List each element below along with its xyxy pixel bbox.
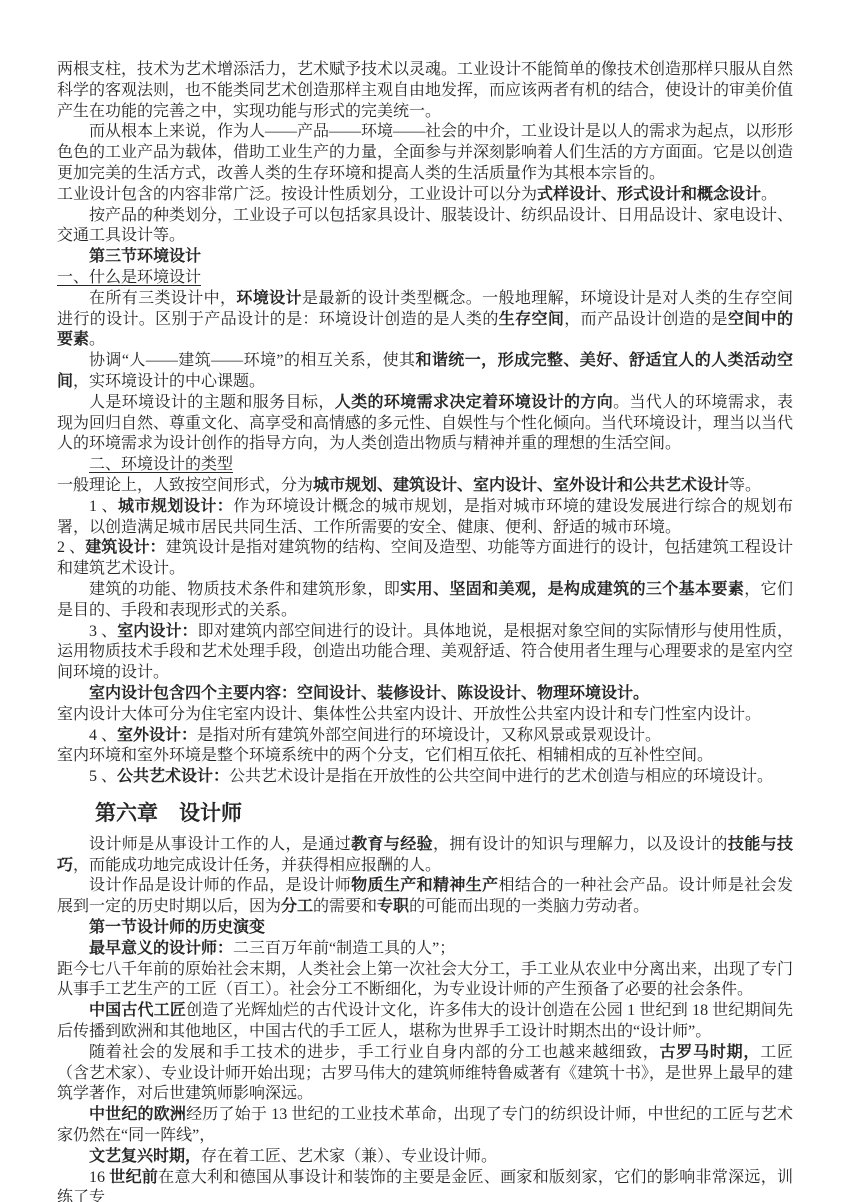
text-run: ，而产品设计创造的是 (564, 311, 728, 328)
text-run: ，而能成功地完成设计任务，并获得相应报酬的人。 (73, 857, 441, 874)
text-run: 协调“人——建筑——环境”的相互关系，使其 (89, 352, 415, 369)
text-run: 城市规划设计： (118, 498, 233, 515)
text-run: 专职 (377, 898, 409, 915)
section-heading: 第三节环境设计 (57, 247, 793, 268)
text-run: 第一节设计师的历史演变 (89, 919, 265, 936)
text-run: 随着社会的发展和手工技术的进步，手工行业自身内部的分工也越来越细致， (89, 1044, 660, 1061)
paragraph: 协调“人——建筑——环境”的相互关系，使其和谐统一，形成完整、美好、舒适宜人的人… (57, 351, 793, 393)
text-run: 的需要和 (313, 898, 377, 915)
text-run: 物质生产和精神生产 (351, 877, 498, 894)
text-run: 16 (89, 1169, 109, 1186)
text-run: 等。 (729, 477, 761, 494)
underlined-subheading: 一、什么是环境设计 (57, 268, 793, 289)
text-run: 公共艺术设计是指在开放性的公共空间中进行的艺术创造与相应的环境设计。 (229, 768, 773, 785)
text-run: 设计师是从事设计工作的人，是通过 (89, 836, 351, 853)
section-heading: 第一节设计师的历史演变 (57, 918, 793, 939)
paragraph: 而从根本上来说，作为人——产品——环境——社会的中介，工业设计是以人的需求为起点… (57, 122, 793, 184)
text-run: 中国古代工匠 (89, 1002, 186, 1019)
underlined-subheading: 二、环境设计的类型 (57, 455, 793, 476)
text-run: 公共艺术设计： (117, 768, 229, 785)
text-run: 式样设计、形式设计和概念设计 (537, 186, 761, 203)
text-run: 两根支柱，技术为艺术增添活力，艺术赋予技术以灵魂。工业设计不能简单的像技术创造那… (57, 61, 793, 120)
text-run: 文艺复兴时期， (89, 1148, 201, 1165)
text-run: ，拥有设计的知识与理解力，以及设计的 (433, 836, 728, 853)
text-run: 教育与经验 (351, 836, 433, 853)
paragraph: 人是环境设计的主题和服务目标，人类的环境需求决定着环境设计的方向。当代人的环境需… (57, 393, 793, 455)
paragraph: 随着社会的发展和手工技术的进步，手工行业自身内部的分工也越来越细致，古罗马时期，… (57, 1043, 793, 1105)
paragraph: 1 、城市规划设计：作为环境设计概念的城市规划，是指对城市环境的建设发展进行综合… (57, 497, 793, 539)
paragraph: 中世纪的欧洲经历了始于 13 世纪的工业技术革命，出现了专门的纺织设计师，中世纪… (57, 1105, 793, 1147)
paragraph: 建筑的功能、物质技术条件和建筑形象，即实用、坚固和美观，是构成建筑的三个基本要素… (57, 580, 793, 622)
paragraph: 最早意义的设计师：二三百万年前“制造工具的人”； (57, 939, 793, 960)
text-run: 建筑设计是指对建筑物的结构、空间及造型、功能等方面进行的设计，包括建筑工程设计和… (57, 539, 793, 577)
paragraph: 5 、公共艺术设计：公共艺术设计是指在开放性的公共空间中进行的艺术创造与相应的环… (57, 767, 793, 788)
paragraph: 3 、室内设计：即对建筑内部空间进行的设计。具体地说，是根据对象空间的实际情形与… (57, 622, 793, 684)
text-run: 第六章 设计师 (95, 801, 242, 825)
paragraph: 室内设计大体可分为住宅室内设计、集体性公共室内设计、开放性公共室内设计和专门性室… (57, 705, 793, 726)
text-run: 存在着工匠、艺术家（兼）、专业设计师。 (201, 1148, 497, 1165)
text-run: 2 、 (57, 539, 85, 556)
text-run: 室外设计： (117, 727, 197, 744)
paragraph: 16 世纪前在意大利和德国从事设计和装饰的主要是金匠、画家和版刻家，它们的影响非… (57, 1168, 793, 1202)
text-run: 实用、坚固和美观，是构成建筑的三个基本要素 (400, 581, 744, 598)
text-run: 生存空间 (499, 311, 564, 328)
text-run: 4 、 (89, 727, 117, 744)
text-run: 的可能而出现的一类脑力劳动者。 (409, 898, 649, 915)
text-run: 一、什么是环境设计 (57, 269, 201, 286)
text-run: 室内设计包含四个主要内容：空间设计、装修设计、陈设设计、物理环境设计。 (89, 685, 649, 702)
text-run: 工业设计包含的内容非常广泛。按设计性质划分，工业设计可以分为 (57, 186, 537, 203)
paragraph: 室内设计包含四个主要内容：空间设计、装修设计、陈设设计、物理环境设计。 (57, 684, 793, 705)
text-run: 室内设计： (117, 623, 197, 640)
paragraph: 一般理论上，人致按空间形式，分为城市规划、建筑设计、室内设计、室外设计和公共艺术… (57, 476, 793, 497)
paragraph: 4 、室外设计：是指对所有建筑外部空间进行的环境设计，又称风景或景观设计。 (57, 726, 793, 747)
text-run: 在所有三类设计中， (89, 290, 236, 307)
text-run: 设计作品是设计师的作品，是设计师 (89, 877, 351, 894)
text-run: 在意大利和德国从事设计和装饰的主要是金匠、画家和版刻家，它们的影响非常深远，训练… (57, 1169, 793, 1202)
text-run: 建筑设计： (85, 539, 165, 556)
paragraph: 在所有三类设计中，环境设计是最新的设计类型概念。一般地理解，环境设计是对人类的生… (57, 289, 793, 351)
text-run: 古罗马时期， (660, 1044, 761, 1061)
text-run: 分工 (281, 898, 313, 915)
paragraph: 中国古代工匠创造了光辉灿烂的古代设计文化，许多伟大的设计创造在公园 1 世纪到 … (57, 1001, 793, 1043)
text-run: 是指对所有建筑外部空间进行的环境设计，又称风景或景观设计。 (197, 727, 661, 744)
paragraph: 2 、建筑设计：建筑设计是指对建筑物的结构、空间及造型、功能等方面进行的设计，包… (57, 538, 793, 580)
text-run: 第三节环境设计 (89, 248, 201, 265)
paragraph: 两根支柱，技术为艺术增添活力，艺术赋予技术以灵魂。工业设计不能简单的像技术创造那… (57, 60, 793, 122)
text-run: 世纪前 (109, 1169, 158, 1186)
text-run: 按产品的种类划分，工业设子可以包括家具设计、服装设计、纺织品设计、日用品设计、家… (57, 207, 793, 245)
text-run: 人是环境设计的主题和服务目标， (89, 394, 335, 411)
paragraph: 文艺复兴时期，存在着工匠、艺术家（兼）、专业设计师。 (57, 1147, 793, 1168)
paragraph: 工业设计包含的内容非常广泛。按设计性质划分，工业设计可以分为式样设计、形式设计和… (57, 185, 793, 206)
text-run: ，实环境设计的中心课题。 (73, 373, 265, 390)
text-run: 建筑的功能、物质技术条件和建筑形象，即 (89, 581, 400, 598)
text-run: 环境设计 (236, 290, 302, 307)
text-run: 。 (761, 186, 777, 203)
text-run: 一般理论上，人致按空间形式，分为 (57, 477, 313, 494)
text-run: 二、环境设计的类型 (89, 456, 233, 473)
document-page: 两根支柱，技术为艺术增添活力，艺术赋予技术以灵魂。工业设计不能简单的像技术创造那… (0, 0, 850, 1202)
paragraph: 距今七八千年前的原始社会末期，人类社会上第一次社会大分工，手工业从农业中分离出来… (57, 960, 793, 1002)
paragraph: 设计师是从事设计工作的人，是通过教育与经验，拥有设计的知识与理解力，以及设计的技… (57, 835, 793, 877)
paragraph: 室内环境和室外环境是整个环境系统中的两个分支，它们相互依托、相辅相成的互补性空间… (57, 746, 793, 767)
text-run: 室内环境和室外环境是整个环境系统中的两个分支，它们相互依托、相辅相成的互补性空间… (57, 747, 713, 764)
text-run: 人类的环境需求决定着环境设计的方向 (335, 394, 613, 411)
text-run: 3 、 (89, 623, 117, 640)
chapter-heading: 第六章 设计师 (57, 799, 793, 827)
text-run: 距今七八千年前的原始社会末期，人类社会上第一次社会大分工，手工业从农业中分离出来… (57, 961, 793, 999)
text-run: 而从根本上来说，作为人——产品——环境——社会的中介，工业设计是以人的需求为起点… (57, 123, 793, 182)
text-run: 二三百万年前“制造工具的人”； (233, 940, 455, 957)
text-run: 5 、 (89, 768, 117, 785)
text-run: 城市规划、建筑设计、室内设计、室外设计和公共艺术设计 (313, 477, 729, 494)
paragraph: 设计作品是设计师的作品，是设计师物质生产和精神生产相结合的一种社会产品。设计师是… (57, 876, 793, 918)
paragraph: 按产品的种类划分，工业设子可以包括家具设计、服装设计、纺织品设计、日用品设计、家… (57, 206, 793, 248)
text-run: 中世纪的欧洲 (89, 1106, 186, 1123)
text-run: 室内设计大体可分为住宅室内设计、集体性公共室内设计、开放性公共室内设计和专门性室… (57, 706, 761, 723)
text-run: 最早意义的设计师： (89, 940, 233, 957)
text-run: 1 、 (89, 498, 118, 515)
text-run: 。 (89, 331, 105, 348)
